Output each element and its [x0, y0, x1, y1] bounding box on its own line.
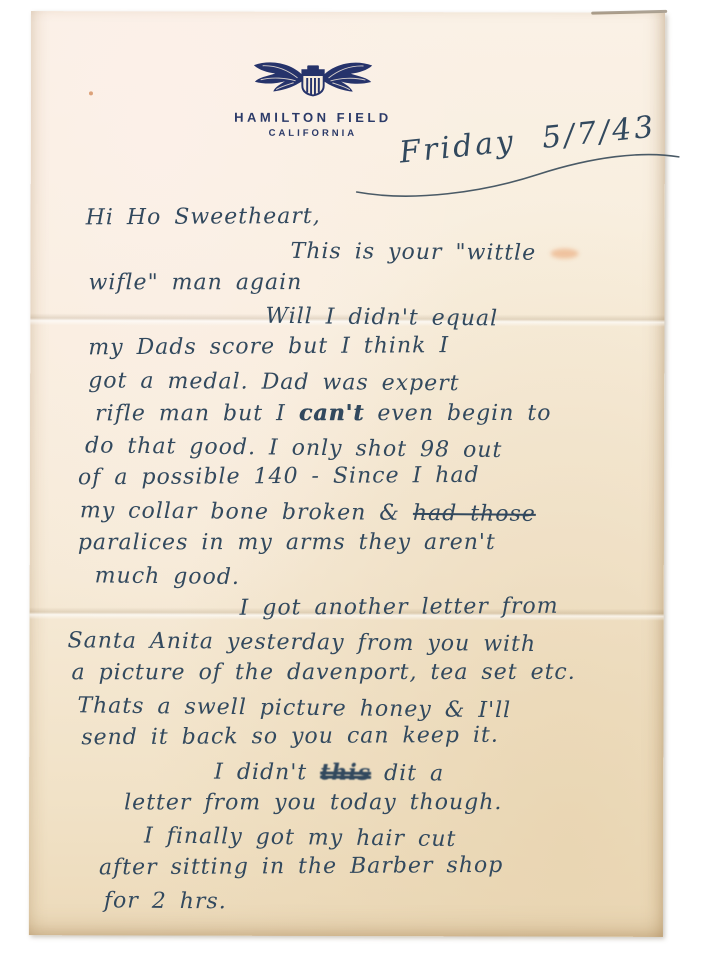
handwritten-text: after sitting in the Barber shop: [99, 853, 503, 880]
handwritten-text: my Dads score but I think I: [88, 333, 449, 360]
handwritten-line: for 2 hrs.: [104, 886, 663, 923]
handwritten-text: even begin to: [364, 401, 551, 426]
handwritten-text: can't: [299, 400, 365, 426]
handwritten-text: Hi Ho Sweetheart,: [86, 204, 321, 230]
letter-body: Hi Ho Sweetheart,This is your "wittlewif…: [29, 203, 665, 920]
handwritten-text: do that good. I only shot 98 out: [85, 433, 503, 463]
handwritten-text: letter from you today though.: [124, 790, 502, 815]
handwritten-line: wifle" man again: [88, 268, 664, 301]
handwritten-line: of a possible 140 - Since I had: [78, 460, 664, 496]
date-line: Friday 5/7/43: [371, 108, 691, 199]
handwritten-text: dit a: [371, 760, 444, 786]
pilot-wings-emblem-icon: [249, 56, 377, 104]
handwritten-text: paralices in my arms they aren't: [78, 530, 496, 555]
handwritten-line: I didn't this dit a: [214, 756, 663, 792]
handwritten-line: a picture of the davenport, tea set etc.: [71, 658, 663, 691]
paper-speck: [89, 91, 93, 95]
handwritten-line: my Dads score but I think I: [88, 330, 664, 366]
handwritten-text: send it back so you can keep it.: [81, 723, 499, 751]
handwritten-line: Hi Ho Sweetheart,: [86, 200, 665, 236]
handwritten-line: after sitting in the Barber shop: [99, 850, 663, 886]
handwritten-line: paralices in my arms they aren't: [78, 528, 664, 561]
handwritten-text: much good.: [95, 563, 240, 590]
handwritten-text: a picture of the davenport, tea set etc.: [71, 660, 575, 685]
handwritten-text: this: [320, 759, 371, 785]
handwritten-line: send it back so you can keep it.: [81, 720, 663, 756]
paper-top-edge-shadow: [591, 10, 667, 15]
handwritten-text: Will I didn't equal: [265, 303, 498, 331]
letter-paper: HAMILTON FIELD CALIFORNIA Friday 5/7/43 …: [29, 11, 665, 937]
handwritten-text: I didn't: [214, 759, 320, 785]
handwritten-text: for 2 hrs.: [104, 888, 227, 914]
handwritten-text: had those: [413, 500, 536, 526]
handwritten-text: Santa Anita yesterday from you with: [67, 628, 536, 657]
handwritten-text: my collar bone broken &: [80, 498, 413, 526]
handwritten-text: I finally got my hair cut: [144, 823, 457, 852]
handwritten-text: of a possible 140 - Since I had: [78, 463, 480, 490]
handwritten-text: I got another letter from: [240, 594, 559, 621]
handwritten-text: Thats a swell picture honey & I'll: [77, 693, 511, 723]
handwritten-text: This is your "wittle: [290, 238, 536, 265]
handwritten-line: I got another letter from: [240, 591, 664, 626]
handwritten-text: got a medal. Dad was expert: [88, 368, 460, 396]
handwritten-line: This is your "wittle: [290, 236, 664, 271]
handwritten-line: rifle man but I can't even begin to: [95, 398, 664, 431]
handwritten-line: letter from you today though.: [124, 788, 663, 821]
handwritten-text: wifle" man again: [88, 270, 302, 295]
handwritten-text: rifle man but I: [95, 401, 299, 426]
